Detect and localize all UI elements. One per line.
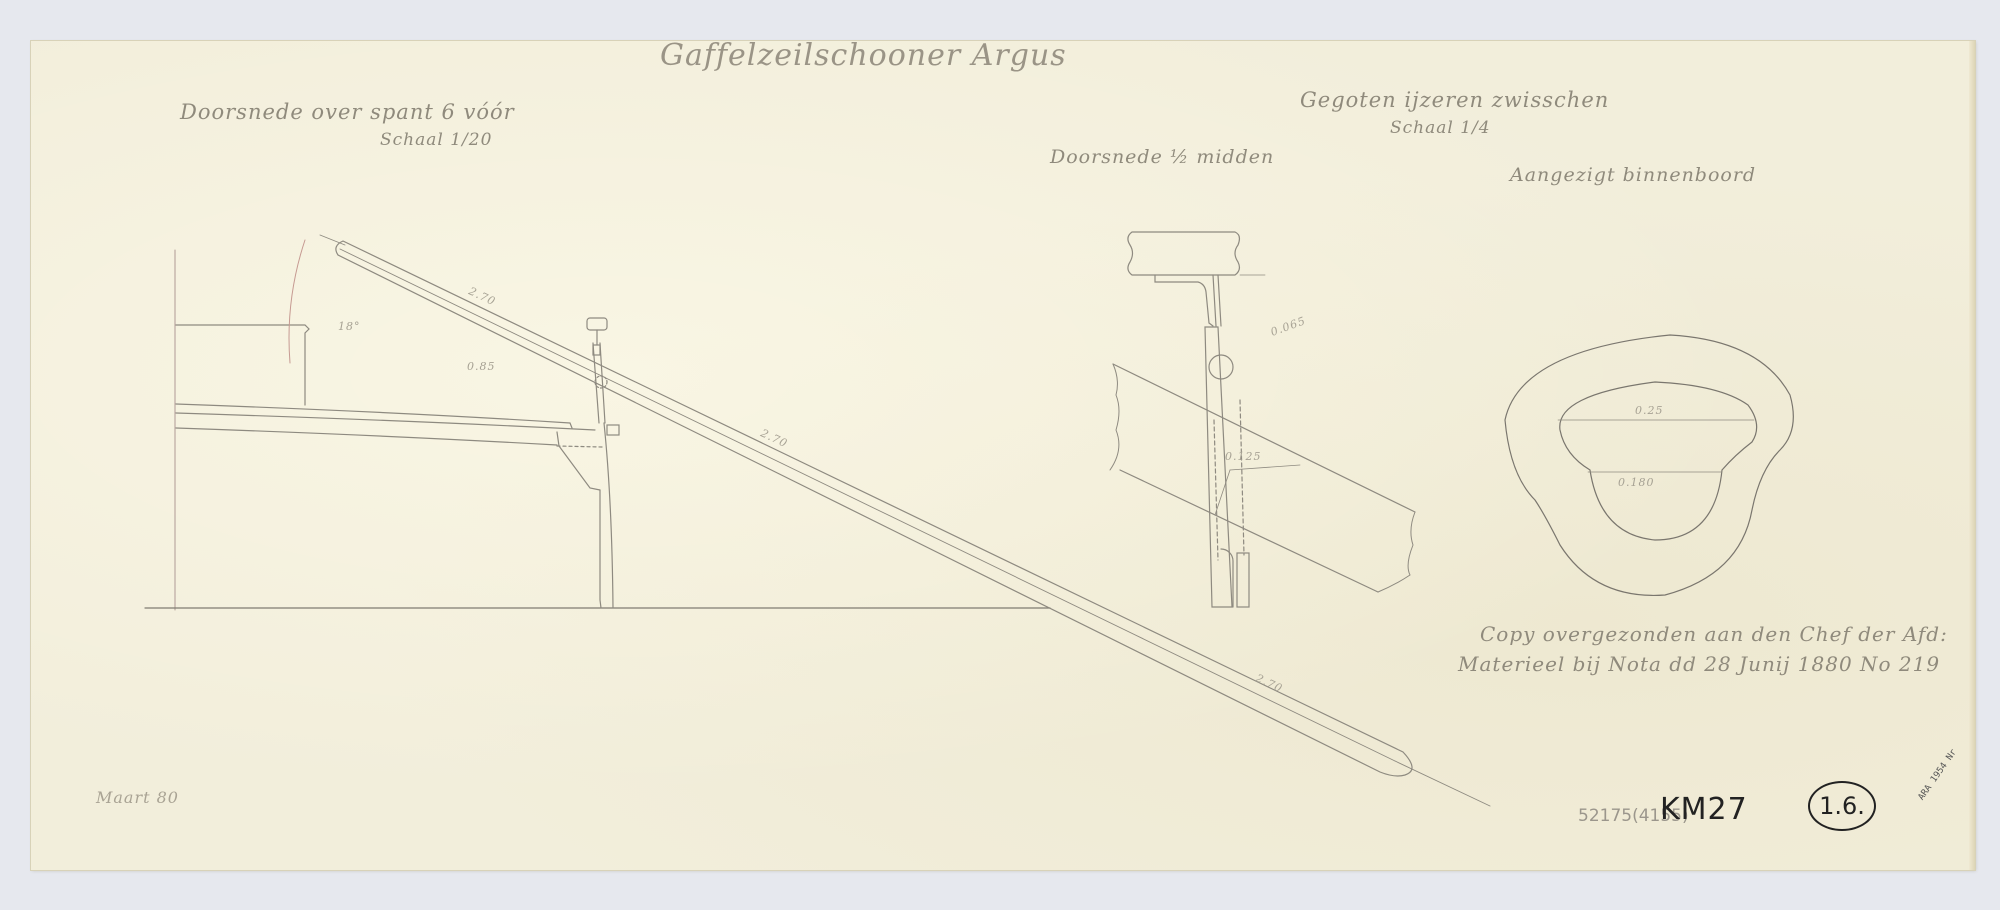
dimension-ring-wide: 0.25 (1635, 404, 1664, 417)
note-line-2: Materieel bij Nota dd 28 Junij 1880 No 2… (1458, 652, 1940, 676)
section-label-cast-iron: Gegoten ijzeren zwisschen (1300, 88, 1609, 112)
note-line-1: Copy overgezonden aan den Chef der Afd: (1480, 622, 1948, 646)
drawing-title: Gaffelzeilschooner Argus (660, 38, 1067, 73)
section-scale-bow-profile: Schaal 1/20 (380, 130, 492, 150)
dimension-stem-lower: 0.125 (1225, 450, 1262, 463)
dimension-angle: 18° (338, 320, 361, 333)
section-sublabel-cast-iron: Aangezigt binnenboord (1510, 164, 1756, 186)
sheet-number: 1.6. (1819, 792, 1865, 820)
sheet-number-circled: 1.6. (1808, 781, 1876, 831)
section-label-stem-detail: Doorsnede ½ midden (1050, 146, 1274, 168)
dimension-height: 0.85 (467, 360, 496, 373)
dimension-ring-narrow: 0.180 (1618, 476, 1655, 489)
section-scale-cast-iron: Schaal 1/4 (1390, 118, 1491, 138)
technical-drawing (0, 0, 2000, 910)
section-label-bow-profile: Doorsnede over spant 6 vóór (180, 100, 515, 124)
collection-code: KM27 (1660, 792, 1748, 827)
signature: Maart 80 (96, 788, 179, 807)
